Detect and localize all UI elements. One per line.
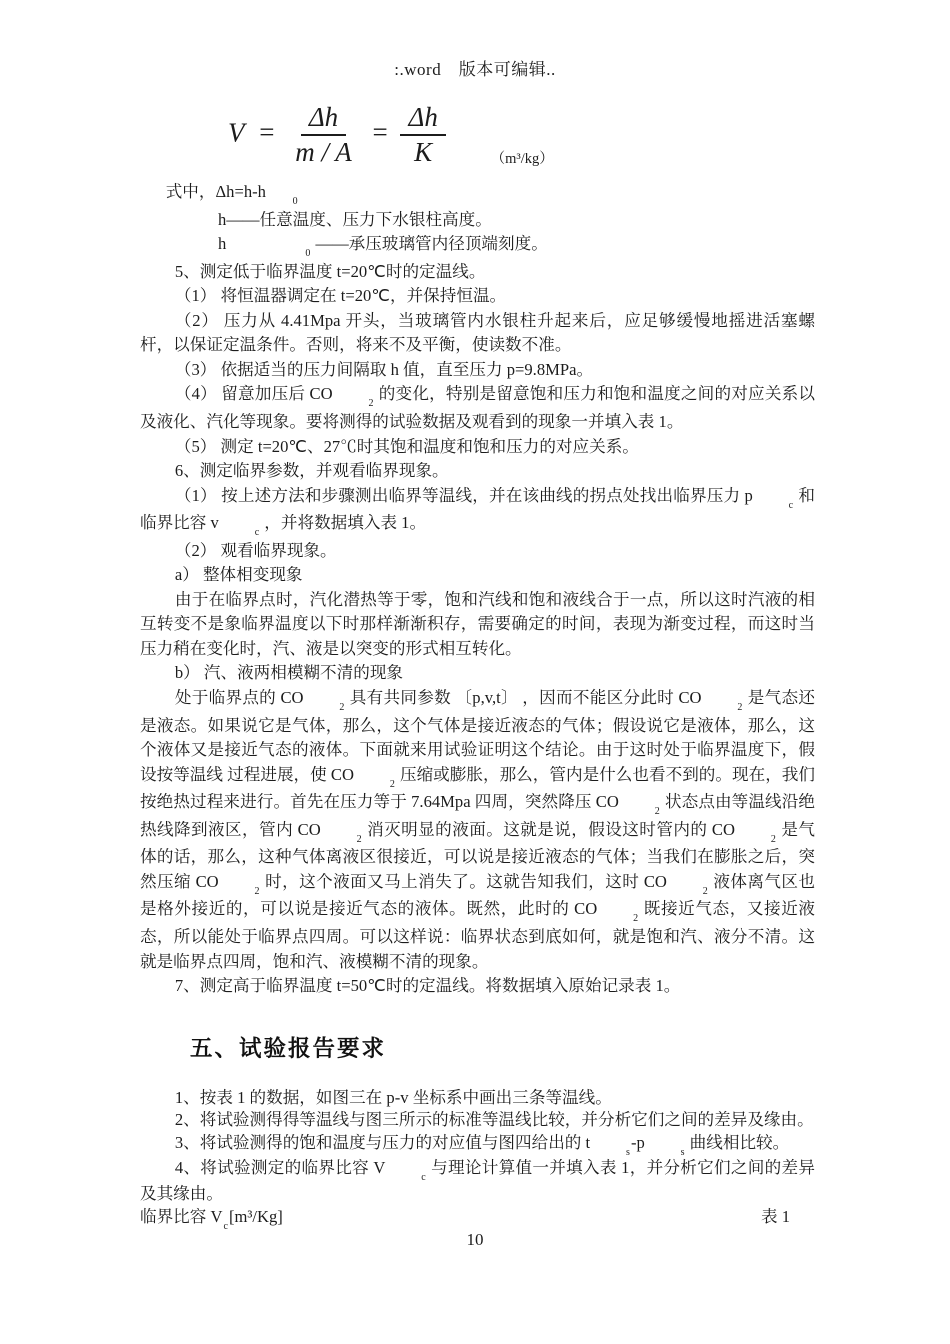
report-item-4: 4、将试验测定的临界比容 Vc 与理论计算值一并填入表 1，并分析它们之间的差异… [140, 1157, 815, 1205]
document-header-text: :.word 版本可编辑.. [0, 0, 950, 80]
fraction-numerator: Δh [301, 102, 346, 136]
text-run: 处于临界点的 CO [175, 688, 304, 707]
text-run: （1） 将恒温器调定在 t=20℃，并保持恒温。 [175, 286, 506, 305]
text-run: 式中，Δh=h-h [166, 182, 266, 201]
text-run: 4、将试验测定的临界比容 V [175, 1158, 386, 1177]
subscript: 2 [620, 800, 660, 825]
text-run: ——承压玻璃管内径顶端刻度。 [311, 234, 547, 253]
formula-variable-v: V [228, 117, 247, 147]
item-b: b） 汽、液两相模糊不清的现象 [140, 661, 815, 686]
fraction-dh-over-K: Δh K [400, 102, 445, 168]
fraction-dh-over-mA: Δh m / A [287, 102, 360, 168]
report-requirements-list: 1、按表 1 的数据，如图三在 p-v 坐标系中画出三条等温线。2、将试验测得得… [140, 1087, 815, 1206]
text-run: （1） 按上述方法和步骤测出临界等温线，并在该曲线的拐点处找出临界压力 p [175, 486, 753, 505]
report-item-1: 1、按表 1 的数据，如图三在 p-v 坐标系中画出三条等温线。 [140, 1087, 815, 1110]
text-run: 2、将试验测得得等温线与图三所示的标准等温线比较，并分析它们之间的差异及缘由。 [175, 1110, 814, 1129]
step-5-1: （1） 将恒温器调定在 t=20℃，并保持恒温。 [140, 284, 815, 309]
text-run: 5、测定低于临界温度 t=20℃时的定温线。 [175, 262, 486, 281]
subscript: c [386, 1167, 425, 1190]
step-6: 6、测定临界参数，并观看临界现象。 [140, 459, 815, 484]
text-run: （4） 留意加压后 CO [175, 384, 333, 403]
text-run: a） 整体相变现象 [175, 565, 303, 584]
text-run: 1、按表 1 的数据，如图三在 p-v 坐标系中画出三条等温线。 [175, 1088, 612, 1107]
legend-h0: h0 ——承压玻璃管内径顶端刻度。 [140, 232, 815, 260]
equals-sign: = [259, 117, 274, 147]
text-run: 3、将试验测得的饱和温度与压力的对应值与图四给出的 t [175, 1133, 590, 1152]
text-run: 由于在临界点时，汽化潜热等于零，饱和汽线和饱和液线合于一点，所以这时汽液的相互转… [140, 590, 815, 658]
table-caption-label: 表 1 [761, 1206, 815, 1232]
fraction-denominator: m / A [287, 136, 360, 168]
report-item-2: 2、将试验测得得等温线与图三所示的标准等温线比较，并分析它们之间的差异及缘由。 [140, 1109, 815, 1132]
subscript: 2 [334, 392, 374, 417]
subscript: 0 [227, 242, 310, 267]
text-run: 具有共同参数 〔p,v,t〕 ，因而不能区分此时 CO [345, 688, 701, 707]
item-a-text: 由于在临界点时，汽化潜热等于零，饱和汽线和饱和液线合于一点，所以这时汽液的相互转… [140, 588, 815, 662]
text-run: b） 汽、液两相模糊不清的现象 [175, 663, 403, 682]
step-5-4: （4） 留意加压后 CO2 的变化，特别是留意饱和压力和饱和温度之间的对应关系以… [140, 382, 815, 434]
formula-unit: （m³/kg） [491, 147, 554, 168]
text-run: 临界比容 V [140, 1207, 223, 1226]
item-b-text: 处于临界点的 CO2 具有共同参数 〔p,v,t〕 ，因而不能区分此时 CO2 … [140, 686, 815, 974]
table-caption-row: 临界比容 Vc[m³/Kg] 表 1 [140, 1206, 815, 1232]
text-run: h [218, 234, 226, 253]
item-a: a） 整体相变现象 [140, 563, 815, 588]
text-run: （5） 测定 t=20℃、27℃时其饱和温度和饱和压力的对应关系。 [175, 437, 639, 456]
legend-h: h——任意温度、压力下水银柱高度。 [140, 208, 815, 233]
table-caption-critical-volume: 临界比容 Vc[m³/Kg] [140, 1206, 283, 1232]
section-heading-report-requirements: 五、试验报告要求 [140, 1031, 815, 1063]
text-run: ，并将数据填入表 1。 [260, 513, 426, 532]
subscript: c [220, 521, 259, 546]
subscript: 2 [703, 696, 743, 721]
step-7: 7、测定高于临界温度 t=50℃时的定温线。将数据填入原始记录表 1。 [140, 974, 815, 999]
text-run: 消灭明显的液面。这就是说，假设这时管内的 CO [363, 820, 735, 839]
subscript: 2 [668, 880, 708, 905]
subscript: 2 [322, 828, 362, 853]
text-run: 7、测定高于临界温度 t=50℃时的定温线。将数据填入原始记录表 1。 [175, 976, 681, 995]
text-run: 曲线相比较。 [686, 1133, 790, 1152]
subscript: 2 [736, 828, 776, 853]
step-5-2: （2） 压力从 4.41Mpa 开头，当玻璃管内水银柱升起来后，应足够缓慢地摇进… [140, 309, 815, 358]
subscript: s [591, 1142, 630, 1165]
subscript: 2 [220, 880, 260, 905]
procedure-text-block: 式中，Δh=h-h0h——任意温度、压力下水银柱高度。h0 ——承压玻璃管内径顶… [140, 180, 815, 999]
text-run: 6、测定临界参数，并观看临界现象。 [175, 461, 449, 480]
specific-volume-formula: V = Δh m / A = Δh K （m³/kg） [228, 102, 950, 168]
subscript: 2 [598, 907, 638, 932]
formula-legend-intro: 式中，Δh=h-h0 [140, 180, 815, 208]
subscript: 2 [305, 696, 345, 721]
report-item-3: 3、将试验测得的饱和温度与压力的对应值与图四给出的 ts-ps 曲线相比较。 [140, 1132, 815, 1158]
step-5-5: （5） 测定 t=20℃、27℃时其饱和温度和饱和压力的对应关系。 [140, 435, 815, 460]
text-run: （2） 压力从 4.41Mpa 开头，当玻璃管内水银柱升起来后，应足够缓慢地摇进… [140, 311, 815, 355]
step-5-3: （3） 依据适当的压力间隔取 h 值，直至压力 p=9.8MPa。 [140, 358, 815, 383]
page-number: 10 [0, 1230, 950, 1250]
text-run: h——任意温度、压力下水银柱高度。 [218, 210, 492, 229]
subscript: s [646, 1142, 685, 1165]
step-6-1: （1） 按上述方法和步骤测出临界等温线，并在该曲线的拐点处找出临界压力 pc 和… [140, 484, 815, 539]
equals-sign: = [373, 117, 388, 147]
fraction-denominator: K [406, 136, 440, 168]
fraction-numerator: Δh [400, 102, 445, 136]
text-run: -p [631, 1133, 645, 1152]
text-run: [m³/Kg] [229, 1207, 283, 1226]
text-run: （3） 依据适当的压力间隔取 h 值，直至压力 p=9.8MPa。 [175, 360, 593, 379]
document-page: :.word 版本可编辑.. V = Δh m / A = Δh K （m³/k… [0, 0, 950, 1344]
subscript: 2 [355, 773, 395, 798]
subscript: c [754, 494, 793, 519]
subscript: 0 [267, 190, 298, 215]
text-run: 时，这个液面又马上消失了。这就告知我们，这时 CO [261, 872, 667, 891]
